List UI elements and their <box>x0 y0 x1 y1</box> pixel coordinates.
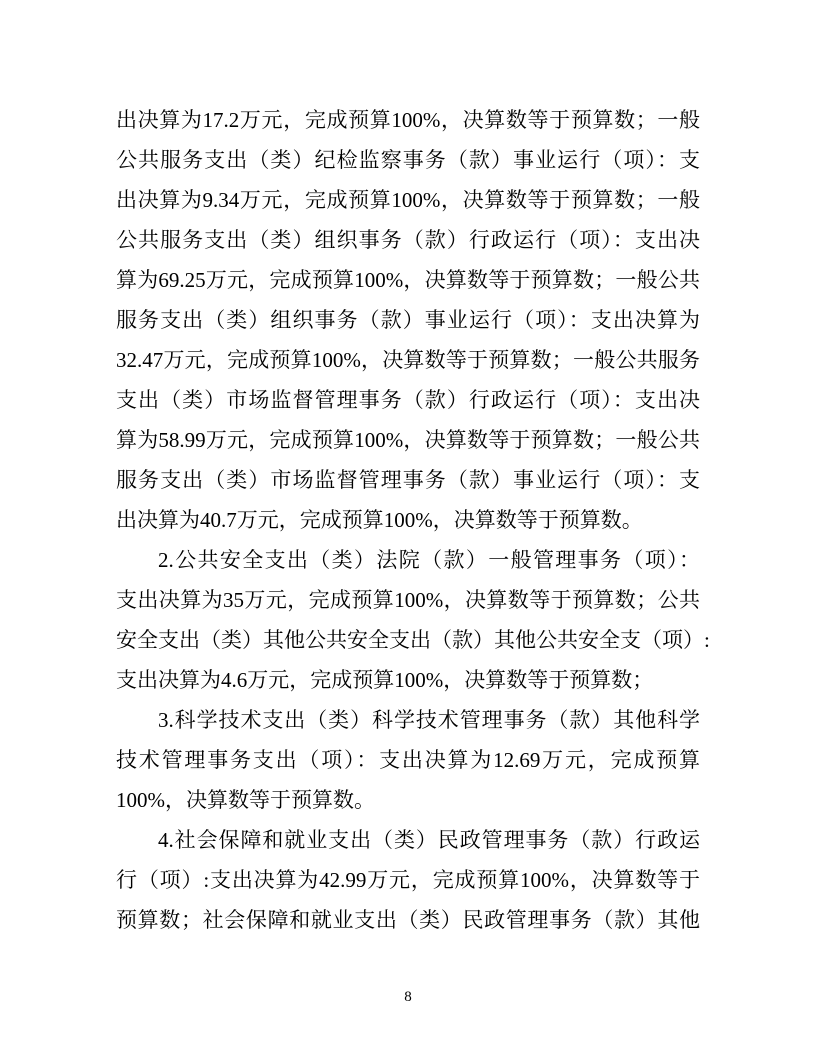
text-line: 支出（类）市场监督管理事务（款）行政运行（项）：支出决 <box>116 380 700 420</box>
text-line: 服务支出（类）组织事务（款）事业运行（项）：支出决算为 <box>116 300 700 340</box>
text-line: 出决算为9.34万元，完成预算100%，决算数等于预算数；一般 <box>116 180 700 220</box>
document-body: 出决算为17.2万元，完成预算100%，决算数等于预算数；一般 公共服务支出（类… <box>116 100 700 940</box>
text-line: 预算数；社会保障和就业支出（类）民政管理事务（款）其他 <box>116 900 700 940</box>
text-line: 公共服务支出（类）组织事务（款）行政运行（项）：支出决 <box>116 220 700 260</box>
text-line: 算为58.99万元，完成预算100%，决算数等于预算数；一般公共 <box>116 420 700 460</box>
page-number: 8 <box>0 988 816 1006</box>
text-line: 行（项）:支出决算为42.99万元，完成预算100%，决算数等于 <box>116 860 700 900</box>
text-line: 安全支出（类）其他公共安全支出（款）其他公共安全支（项）: <box>116 620 700 660</box>
document-page: 出决算为17.2万元，完成预算100%，决算数等于预算数；一般 公共服务支出（类… <box>0 0 816 1056</box>
text-line: 出决算为17.2万元，完成预算100%，决算数等于预算数；一般 <box>116 100 700 140</box>
text-line: 32.47万元，完成预算100%，决算数等于预算数；一般公共服务 <box>116 340 700 380</box>
text-line: 出决算为40.7万元，完成预算100%，决算数等于预算数。 <box>116 500 700 540</box>
text-line: 算为69.25万元，完成预算100%，决算数等于预算数；一般公共 <box>116 260 700 300</box>
text-line: 4.社会保障和就业支出（类）民政管理事务（款）行政运 <box>116 820 700 860</box>
text-line: 支出决算为4.6万元，完成预算100%，决算数等于预算数； <box>116 660 700 700</box>
text-line: 支出决算为35万元，完成预算100%，决算数等于预算数；公共 <box>116 580 700 620</box>
text-line: 技术管理事务支出（项）：支出决算为12.69万元，完成预算 <box>116 740 700 780</box>
text-line: 公共服务支出（类）纪检监察事务（款）事业运行（项）：支 <box>116 140 700 180</box>
text-line: 3.科学技术支出（类）科学技术管理事务（款）其他科学 <box>116 700 700 740</box>
text-line: 2.公共安全支出（类）法院（款）一般管理事务（项）： <box>116 540 700 580</box>
text-line: 100%，决算数等于预算数。 <box>116 780 700 820</box>
text-line: 服务支出（类）市场监督管理事务（款）事业运行（项）：支 <box>116 460 700 500</box>
